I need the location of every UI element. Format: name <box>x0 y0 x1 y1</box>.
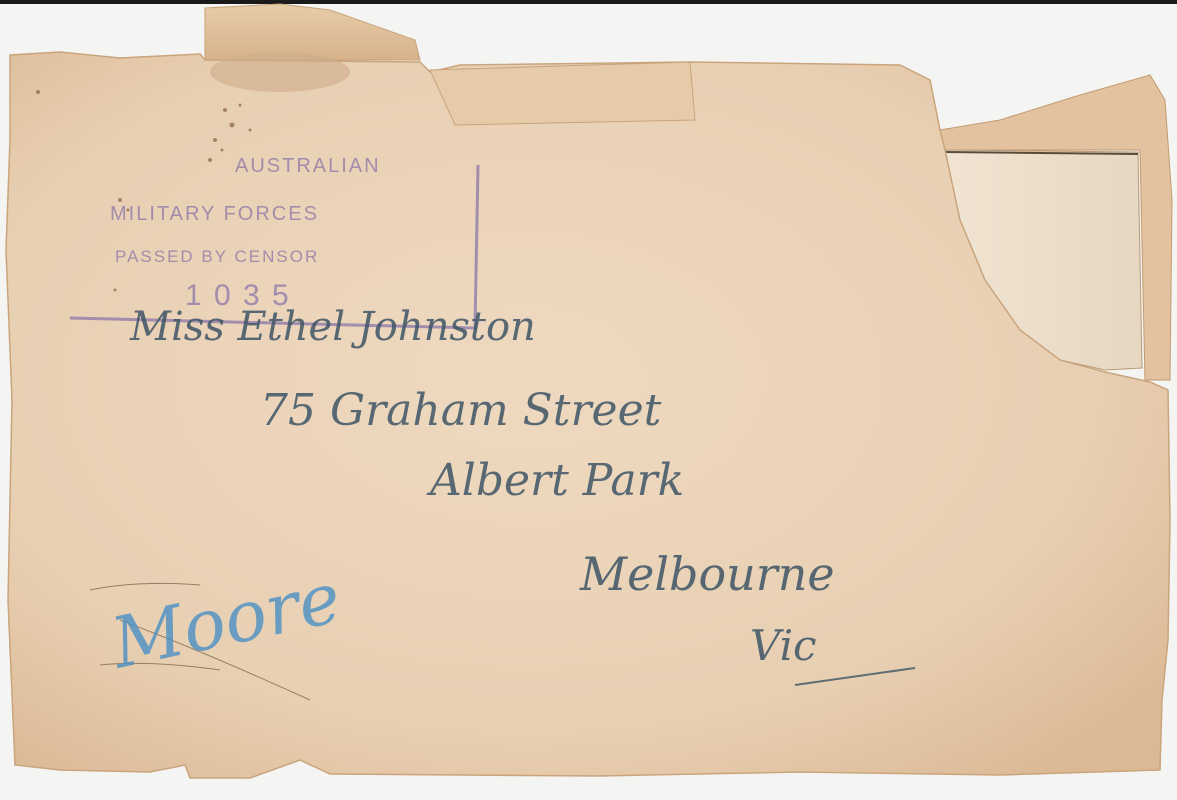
address-city: Melbourne <box>579 547 835 601</box>
address-suburb: Albert Park <box>426 455 684 506</box>
torn-tab <box>430 62 695 125</box>
censor-stamp-line2: MILITARY FORCES <box>110 203 319 225</box>
address-state: Vic <box>750 621 817 670</box>
glue-stain <box>210 52 350 92</box>
address-name: Miss Ethel Johnston <box>129 304 536 350</box>
address-street: 75 Graham Street <box>260 385 662 436</box>
torn-flap <box>205 4 420 60</box>
censor-stamp-line3: PASSED BY CENSOR <box>115 247 319 266</box>
envelope: AUSTRALIAN MILITARY FORCES PASSED BY CEN… <box>0 0 1177 800</box>
censor-stamp-line1: AUSTRALIAN <box>235 155 381 177</box>
